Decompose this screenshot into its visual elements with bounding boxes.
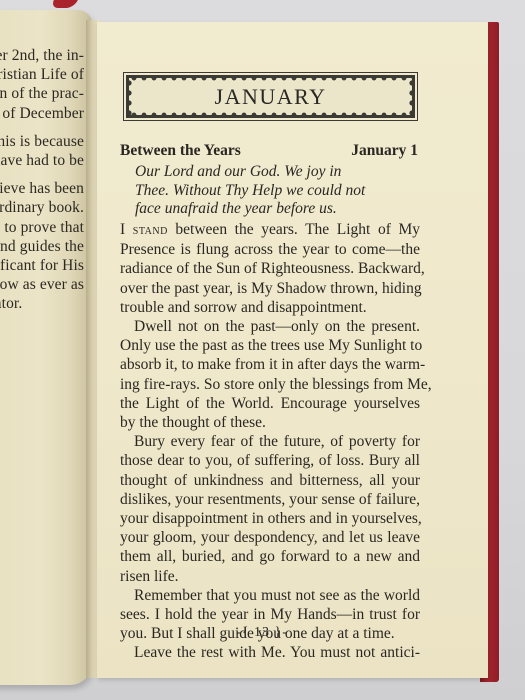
text-line: ion of the prac- bbox=[0, 84, 84, 103]
right-page: JANUARY Between the Years January 1 Our … bbox=[97, 22, 488, 678]
body-paragraph-5: Leave the rest with Me. You must not ant… bbox=[120, 643, 420, 662]
text-line: Remember that you must not see as the wo… bbox=[120, 586, 420, 605]
text-line: Only use the past as the trees use My Su… bbox=[120, 336, 420, 355]
text-line: ly of December bbox=[0, 104, 84, 123]
text-line: hristian Life of bbox=[0, 65, 84, 84]
body-paragraph-2: Dwell not on the past—only on the presen… bbox=[120, 317, 420, 432]
entry-title: Between the Years bbox=[120, 142, 241, 160]
prayer-line: Thee. Without Thy Help we could not bbox=[135, 182, 420, 201]
text-line: them all, buried, and go forward to a ne… bbox=[120, 547, 420, 566]
text-line: nificant for His bbox=[0, 256, 84, 275]
left-paragraph-2: This is because have had to be bbox=[0, 132, 84, 170]
prayer-line: Our Lord and our God. We joy in bbox=[135, 163, 420, 182]
month-title: JANUARY bbox=[215, 84, 327, 110]
text-line: your gloom, your despondency, and let us… bbox=[120, 528, 420, 547]
month-banner-frame: JANUARY bbox=[126, 75, 415, 118]
initial-letter: I bbox=[120, 221, 125, 238]
text-line: dislikes, your resentments, your sense o… bbox=[120, 490, 420, 509]
text-line: radiance of the Sun of Righteousness. Ba… bbox=[120, 259, 420, 278]
smallcaps-word: stand bbox=[133, 223, 168, 238]
body-paragraph-3: Bury every fear of the future, of povert… bbox=[120, 432, 420, 586]
text-line: Bury every fear of the future, of povert… bbox=[120, 432, 420, 451]
entry-body: I stand between the years. The Light of … bbox=[120, 220, 420, 663]
left-page-text: ber 2nd, the in- hristian Life of ion of… bbox=[0, 46, 84, 323]
left-cover-corner bbox=[50, 0, 78, 8]
text-line: This is because bbox=[0, 132, 84, 151]
text-line: trouble and sorrow and disappointment. bbox=[120, 298, 420, 317]
text-line: Creator. bbox=[0, 294, 84, 313]
text-line: ordinary book. bbox=[0, 198, 84, 217]
text-line: your disappointment in others and in you… bbox=[120, 509, 420, 528]
entry-header: Between the Years January 1 bbox=[120, 142, 418, 160]
left-page: ber 2nd, the in- hristian Life of ion of… bbox=[0, 10, 92, 685]
text-line: absorb it, to make from it in after days… bbox=[120, 355, 420, 374]
text-line: s and guides the bbox=[0, 237, 84, 256]
text-line: by the thought of these. bbox=[120, 413, 420, 432]
text-line: Leave the rest with Me. You must not ant… bbox=[120, 643, 420, 662]
text-line: have had to be bbox=[0, 151, 84, 170]
text-line: those dear to you, of suffering, of loss… bbox=[120, 451, 420, 470]
text-line: over the past year, is My Shadow thrown,… bbox=[120, 279, 420, 298]
text-line: pelieve has been bbox=[0, 179, 84, 198]
left-paragraph-1: ber 2nd, the in- hristian Life of ion of… bbox=[0, 46, 84, 123]
body-paragraph-1: I stand between the years. The Light of … bbox=[120, 220, 420, 317]
text-line: ing fire-rays. So store only the blessin… bbox=[120, 375, 420, 394]
month-banner: JANUARY bbox=[123, 72, 418, 121]
entry-date: January 1 bbox=[351, 142, 418, 160]
text-line: ber 2nd, the in- bbox=[0, 46, 84, 65]
text-fragment: between the years. The Light of My bbox=[168, 221, 420, 238]
text-line: the Light of the World. Encourage yourse… bbox=[120, 394, 420, 413]
page-number: -{ 13 }- bbox=[97, 625, 427, 641]
left-paragraph-3: pelieve has been ordinary book. er, to p… bbox=[0, 179, 84, 313]
text-line: sees. I hold the year in My Hands—in tru… bbox=[120, 605, 420, 624]
text-line: risen life. bbox=[120, 567, 420, 586]
text-line: now as ever as bbox=[0, 275, 84, 294]
text-line: er, to prove that bbox=[0, 218, 84, 237]
prayer-line: face unafraid the year before us. bbox=[135, 200, 420, 219]
text-line: Presence is flung across the year to com… bbox=[120, 240, 420, 259]
text-line: I stand between the years. The Light of … bbox=[120, 220, 420, 240]
prayer-text: Our Lord and our God. We joy in Thee. Wi… bbox=[135, 163, 420, 219]
text-line: thought of unkindness and bitterness, al… bbox=[120, 471, 420, 490]
text-line: Dwell not on the past—only on the presen… bbox=[120, 317, 420, 336]
